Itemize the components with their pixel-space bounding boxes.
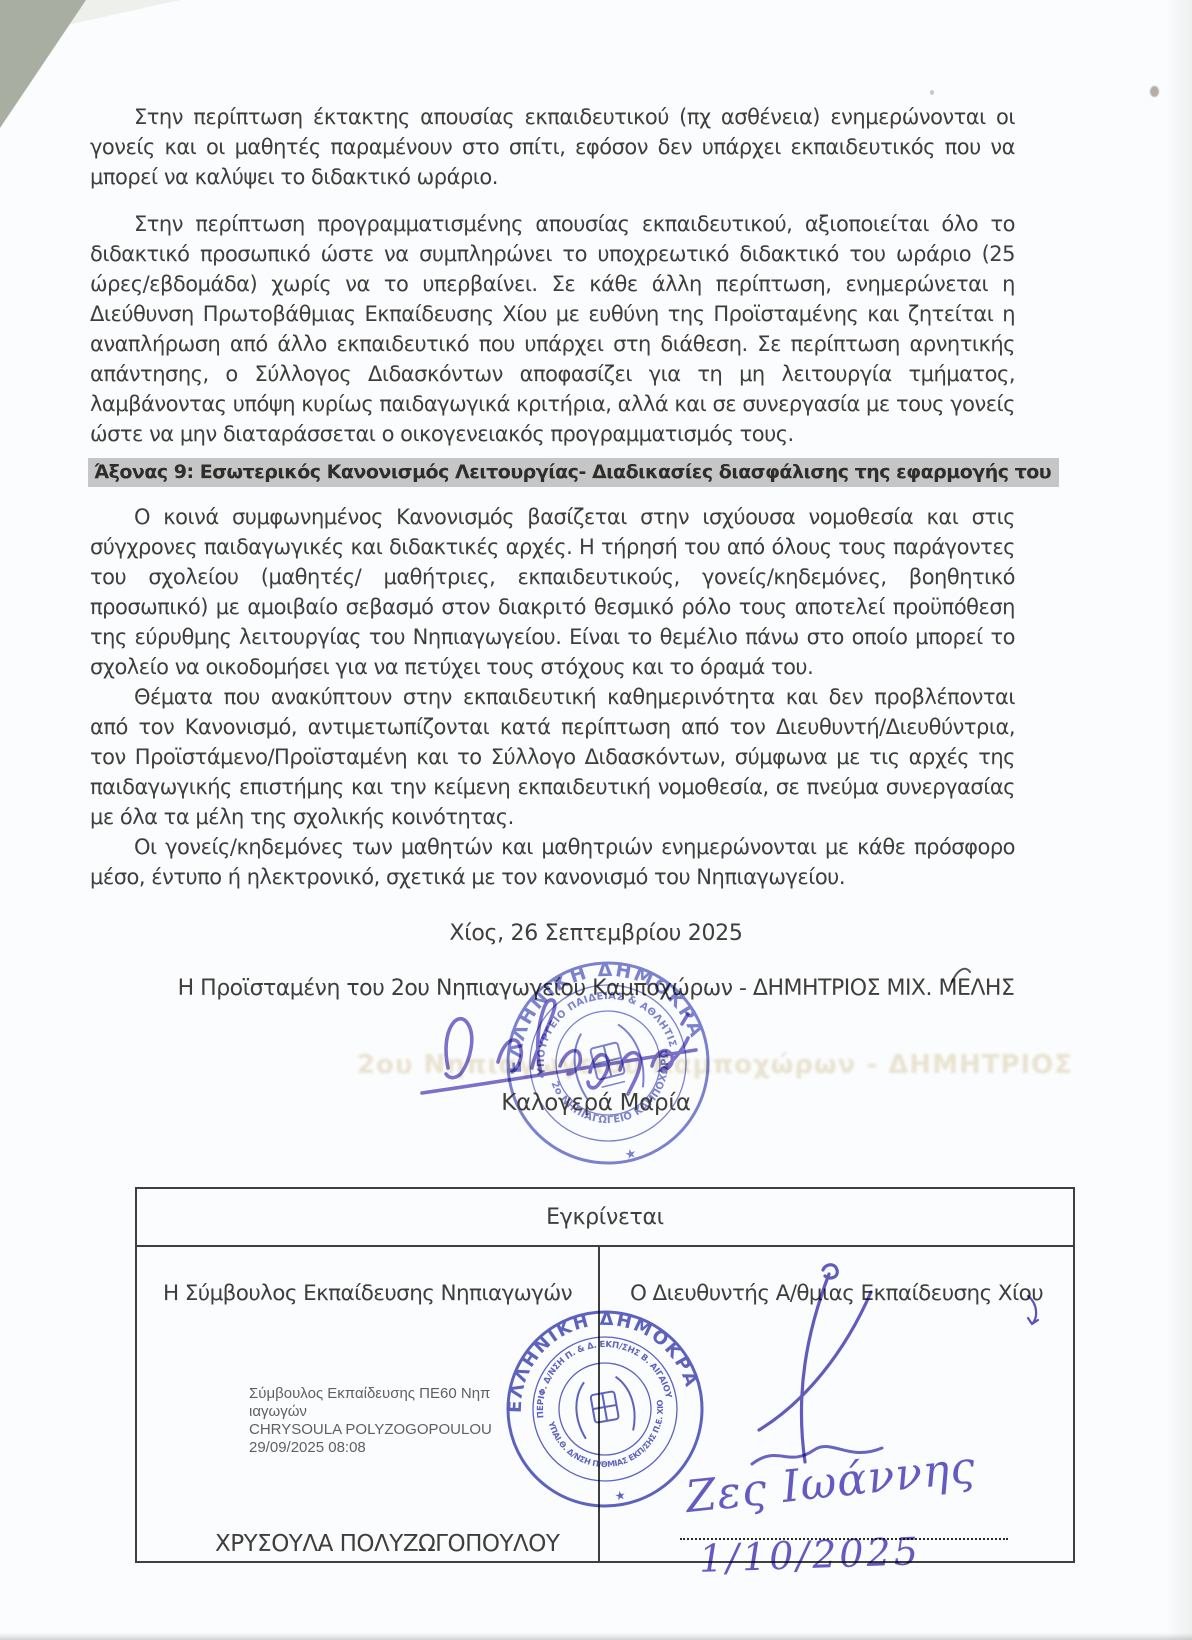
digital-signature-line: Σύμβουλος Εκπαίδευσης ΠΕ60 Νηπ: [249, 1385, 492, 1403]
stamp-star: ★: [614, 1488, 627, 1504]
scan-edge-bottom: [0, 1633, 1192, 1640]
scan-speck: [1150, 86, 1159, 97]
pen-tick-mark: [1022, 1292, 1046, 1328]
stamp-emblem: [572, 1374, 638, 1439]
document-paragraph: Θέματα που ανακύπτουν στην εκπαιδευτική …: [90, 682, 1015, 832]
directorate-round-stamp: ΕΛΛΗΝΙΚΗ ΔΗΜΟΚΡΑΤΙΑ ΠΕΡΙΦ. Δ/ΝΣΗ Π. & Δ.…: [497, 1301, 713, 1517]
approval-table-title: Εγκρίνεται: [137, 1205, 1073, 1230]
advisor-printed-name: ΧΡΥΣΟΥΛΑ ΠΟΛΥΖΩΓΟΠΟΥΛΟΥ: [215, 1531, 559, 1557]
section-heading-highlighted: Άξονας 9: Εσωτερικός Κανονισμός Λειτουργ…: [88, 458, 1059, 487]
table-row-divider: [137, 1245, 1073, 1247]
signer-printed-name: Καλογερά Μαρία: [0, 1090, 1192, 1116]
date-line: Χίος, 26 Σεπτεμβρίου 2025: [0, 921, 1192, 946]
document-body: Στην περίπτωση έκτακτης απουσίας εκπαιδε…: [90, 102, 1015, 892]
document-paragraph: Στην περίπτωση έκτακτης απουσίας εκπαιδε…: [90, 102, 1015, 192]
document-paragraph: Ο κοινά συμφωνημένος Κανονισμός βασίζετα…: [90, 502, 1015, 682]
digital-signature-line: 29/09/2025 08:08: [249, 1439, 492, 1457]
digital-signature-line: CHRYSOULA POLYZOGOPOULOU: [249, 1421, 492, 1439]
scan-edge-right: [1166, 0, 1192, 1640]
director-handwritten-date: 1/10/2025: [698, 1529, 921, 1581]
digital-signature-line: ιαγωγών: [249, 1403, 492, 1421]
scanned-document-page: Στην περίπτωση έκτακτης απουσίας εκπαιδε…: [0, 0, 1192, 1640]
document-paragraph: Οι γονείς/κηδεμόνες των μαθητών και μαθη…: [90, 832, 1015, 892]
stamp-star: ★: [623, 1146, 638, 1163]
director-signature-flourish: [748, 1434, 888, 1476]
handwritten-signature: [420, 990, 740, 1100]
pen-tick-mark: [948, 960, 974, 986]
digital-signature-block: Σύμβουλος Εκπαίδευσης ΠΕ60 Νηπ ιαγωγών C…: [249, 1385, 492, 1457]
document-paragraph: Στην περίπτωση προγραμματισμένης απουσία…: [90, 209, 1015, 449]
scan-speck: [930, 90, 934, 95]
